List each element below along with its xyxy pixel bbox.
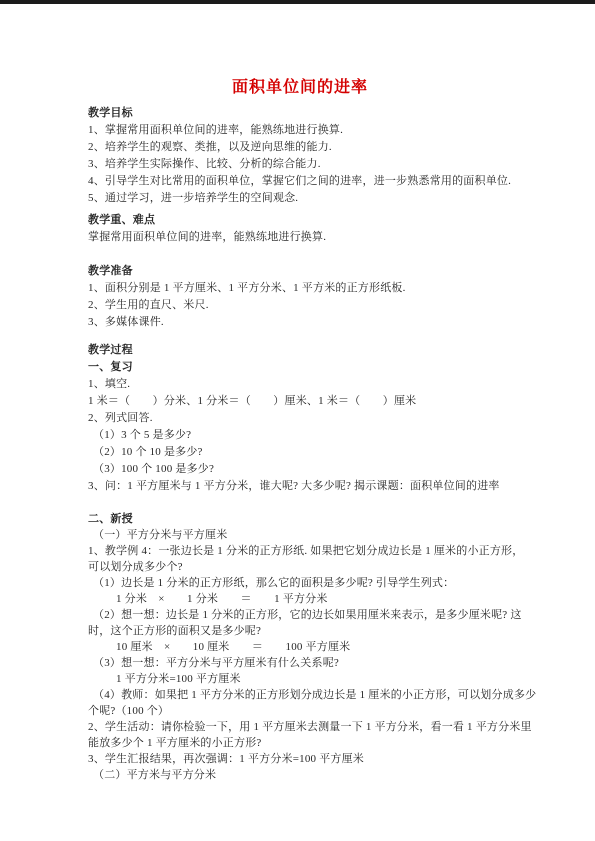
review-line-5: （2）10 个 10 是多少? [88, 444, 512, 461]
section-key-difficulties: 教学重、难点 掌握常用面积单位间的进率，能熟练地进行换算. [88, 212, 512, 246]
new-lesson-line-12: 个呢?（100 个） [88, 703, 512, 719]
new-lesson-line-6: （2）想一想：边长是 1 分米的正方形，它的边长如果用厘米来表示，是多少厘米呢?… [88, 607, 512, 623]
new-lesson-line-13: 2、学生活动：请你检验一下，用 1 平方厘米去测量一下 1 平方分米，看一看 1… [88, 719, 512, 735]
preparation-item-1: 1、面积分别是 1 平方厘米、1 平方分米、1 平方米的正方形纸板. [88, 280, 512, 297]
section-preparation: 教学准备 1、面积分别是 1 平方厘米、1 平方分米、1 平方米的正方形纸板. … [88, 263, 512, 331]
heading-new-lesson: 二、新授 [88, 511, 512, 527]
review-line-3: 2、列式回答. [88, 410, 512, 427]
new-lesson-line-15: 3、学生汇报结果，再次强调：1 平方分米=100 平方厘米 [88, 751, 512, 767]
preparation-item-2: 2、学生用的直尺、米尺. [88, 297, 512, 314]
review-line-6: （3）100 个 100 是多少? [88, 461, 512, 478]
new-lesson-line-7: 时，这个正方形的面积又是多少呢? [88, 623, 512, 639]
new-lesson-line-11: （4）教师：如果把 1 平方分米的正方形划分成边长是 1 厘米的小正方形，可以划… [88, 687, 512, 703]
new-lesson-line-16: （二）平方米与平方分米 [88, 767, 512, 783]
objective-item-1: 1、掌握常用面积单位间的进率，能熟练地进行换算. [88, 122, 512, 139]
preparation-item-3: 3、多媒体课件. [88, 314, 512, 331]
scan-top-edge-bar [0, 0, 595, 4]
objective-item-5: 5、通过学习，进一步培养学生的空间观念. [88, 190, 512, 207]
heading-key-difficulties: 教学重、难点 [88, 212, 512, 229]
section-process: 教学过程 一、复习 1、填空. 1 米＝（ ）分米、1 分米＝（ ）厘米、1 米… [88, 342, 512, 783]
review-line-4: （1）3 个 5 是多少? [88, 427, 512, 444]
document-title: 面积单位间的进率 [88, 78, 512, 98]
objective-item-4: 4、引导学生对比常用的面积单位，掌握它们之间的进率，进一步熟悉常用的面积单位. [88, 173, 512, 190]
heading-teaching-objectives: 教学目标 [88, 105, 512, 122]
section-objectives: 教学目标 1、掌握常用面积单位间的进率，能熟练地进行换算. 2、培养学生的观察、… [88, 105, 512, 207]
subsection-review: 一、复习 1、填空. 1 米＝（ ）分米、1 分米＝（ ）厘米、1 米＝（ ）厘… [88, 359, 512, 495]
new-lesson-formula-3: 1 平方分米=100 平方厘米 [88, 671, 512, 687]
heading-review: 一、复习 [88, 359, 512, 376]
document-content: 面积单位间的进率 教学目标 1、掌握常用面积单位间的进率，能熟练地进行换算. 2… [88, 78, 512, 783]
new-lesson-line-4: （1）边长是 1 分米的正方形纸，那么它的面积是多少呢? 引导学生列式： [88, 575, 512, 591]
objective-item-3: 3、培养学生实际操作、比较、分析的综合能力. [88, 156, 512, 173]
key-difficulties-body: 掌握常用面积单位间的进率，能熟练地进行换算. [88, 229, 512, 246]
subsection-new-lesson: 二、新授 （一）平方分米与平方厘米 1、教学例 4：一张边长是 1 分米的正方形… [88, 511, 512, 783]
heading-process: 教学过程 [88, 342, 512, 359]
objective-item-2: 2、培养学生的观察、类推，以及逆向思维的能力. [88, 139, 512, 156]
new-lesson-line-1: （一）平方分米与平方厘米 [88, 527, 512, 543]
review-line-1: 1、填空. [88, 376, 512, 393]
new-lesson-line-2: 1、教学例 4：一张边长是 1 分米的正方形纸. 如果把它划分成边长是 1 厘米… [88, 543, 512, 559]
new-lesson-formula-1: 1 分米 × 1 分米 ＝ 1 平方分米 [88, 591, 512, 607]
review-line-2: 1 米＝（ ）分米、1 分米＝（ ）厘米、1 米＝（ ）厘米 [88, 393, 512, 410]
new-lesson-line-14: 能放多少个 1 平方厘米的小正方形? [88, 735, 512, 751]
new-lesson-formula-2: 10 厘米 × 10 厘米 ＝ 100 平方厘米 [88, 639, 512, 655]
heading-preparation: 教学准备 [88, 263, 512, 280]
review-line-7: 3、问：1 平方厘米与 1 平方分米，谁大呢? 大多少呢? 揭示课题：面积单位间… [88, 478, 512, 495]
new-lesson-line-3: 可以划分成多少个? [88, 559, 512, 575]
document-page: 面积单位间的进率 教学目标 1、掌握常用面积单位间的进率，能熟练地进行换算. 2… [0, 0, 595, 841]
new-lesson-line-9: （3）想一想：平方分米与平方厘米有什么关系呢? [88, 655, 512, 671]
